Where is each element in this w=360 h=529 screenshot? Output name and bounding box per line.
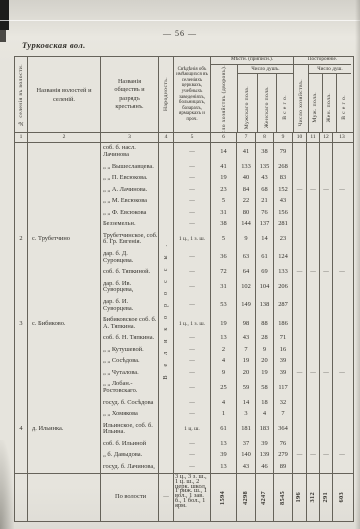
total-local: 124: [274, 248, 293, 266]
male-out: [307, 315, 320, 333]
female-out: [320, 207, 333, 218]
households-local: 72: [211, 267, 237, 278]
households-out: [293, 248, 307, 266]
female-out: —: [320, 267, 333, 278]
total-out: [333, 207, 351, 218]
households-local: 1: [211, 409, 237, 420]
households-local: 9: [211, 368, 237, 379]
households-local: 5: [211, 230, 237, 248]
village-info: —: [174, 143, 211, 161]
households-out: [293, 356, 307, 367]
column-number-6: 6: [211, 133, 237, 142]
households-local: 41: [211, 161, 237, 172]
female-local: 135: [256, 161, 274, 172]
settlement-number: [15, 207, 28, 218]
households-out: [293, 439, 307, 450]
male-out: [307, 278, 320, 296]
households-local: 13: [211, 462, 237, 473]
female-out: [320, 248, 333, 266]
male-local: 64: [237, 267, 256, 278]
households-out: [293, 219, 307, 230]
totals-female-local: 4247: [256, 474, 274, 521]
female-out: [320, 196, 333, 207]
settlement-number: [15, 450, 28, 461]
village-info: —: [174, 409, 211, 420]
female-out: —: [320, 184, 333, 195]
table-row: 2с. ТрубетчиноТрубетчинское, соб. б. Гр.…: [15, 230, 353, 248]
total-out: [333, 397, 351, 408]
society-name: соб. б. Н. Тяпкина.: [101, 333, 159, 344]
society-name: „ „ Сосѣдова.: [101, 356, 159, 367]
female-out: [320, 397, 333, 408]
male-local: 9: [237, 230, 256, 248]
households-local: 4: [211, 397, 237, 408]
male-local: 37: [237, 439, 256, 450]
table-row: соб. б. Ильиной—13373976: [15, 439, 353, 450]
village-name: [28, 297, 101, 315]
female-local: 104: [256, 278, 274, 296]
total-local: 89: [274, 462, 293, 473]
totals-blank-2: [28, 474, 101, 521]
households-out: —: [293, 184, 307, 195]
households-out: [293, 397, 307, 408]
male-out: [307, 379, 320, 397]
male-out: [307, 333, 320, 344]
male-local: 7: [237, 345, 256, 356]
header-total-out: В с е г о.: [337, 74, 351, 132]
male-local: 14: [237, 397, 256, 408]
table-header: № селенія въ волости. Названія волостей …: [15, 57, 353, 133]
totals-rotated-number: 8545: [280, 491, 287, 505]
settlement-number: [15, 333, 28, 344]
total-local: 39: [274, 356, 293, 367]
totals-total-out: 603: [333, 474, 351, 521]
settlement-number: [15, 219, 28, 230]
households-out: [293, 379, 307, 397]
village-info: 1 ц. ш.: [174, 420, 211, 438]
society-name: госуд. б. Лачинова,: [101, 462, 159, 473]
total-local: 76: [274, 439, 293, 450]
nationality-cell: [159, 219, 174, 230]
total-out: [333, 439, 351, 450]
total-local: 268: [274, 161, 293, 172]
village-name: [28, 219, 101, 230]
total-out: —: [333, 368, 351, 379]
society-name: соб. б. Тяпкиной.: [101, 267, 159, 278]
total-local: 206: [274, 278, 293, 296]
table-row: „ „ Хомякова—1347: [15, 409, 353, 420]
total-out: [333, 356, 351, 367]
households-out: [293, 297, 307, 315]
households-out: [293, 143, 307, 161]
female-local: 14: [256, 230, 274, 248]
female-out: [320, 409, 333, 420]
village-info: —: [174, 450, 211, 461]
households-out: [293, 462, 307, 473]
settlement-number: [15, 278, 28, 296]
column-number-1: 1: [15, 133, 28, 142]
male-local: 19: [237, 356, 256, 367]
settlement-number: 2: [15, 230, 28, 248]
totals-rotated-number: 4298: [243, 491, 250, 505]
households-out: [293, 420, 307, 438]
female-local: 9: [256, 345, 274, 356]
households-local: 19: [211, 173, 237, 184]
table-row: „ „ Кутушевой.—27916: [15, 345, 353, 356]
totals-rotated-number: 196: [296, 492, 303, 503]
households-out: [293, 207, 307, 218]
village-info: —: [174, 219, 211, 230]
society-name: „ „ Лобан.-Ростовскаго.: [101, 379, 159, 397]
total-local: 79: [274, 143, 293, 161]
male-out: [307, 230, 320, 248]
village-info: —: [174, 379, 211, 397]
male-local: 3: [237, 409, 256, 420]
total-out: [333, 315, 351, 333]
total-local: 39: [274, 368, 293, 379]
male-local: 140: [237, 450, 256, 461]
male-local: 20: [237, 368, 256, 379]
female-out: [320, 143, 333, 161]
totals-male-out: 312: [307, 474, 320, 521]
female-local: 21: [256, 196, 274, 207]
village-info: —: [174, 368, 211, 379]
header-volost-village-names: Названія волостей и селеній.: [28, 57, 101, 132]
header-households-out: Число хозяйствъ.: [294, 65, 309, 132]
village-info: 1 ц., 1 з. ш.: [174, 315, 211, 333]
table-row: госуд. б. Сосѣдова—4141832: [15, 397, 353, 408]
village-name: [28, 161, 101, 172]
settlement-number: [15, 196, 28, 207]
female-out: [320, 230, 333, 248]
female-local: 138: [256, 297, 274, 315]
column-number-4: 4: [159, 133, 174, 142]
nationality-cell: [159, 450, 174, 461]
total-out: [333, 196, 351, 207]
village-info: —: [174, 397, 211, 408]
male-out: [307, 420, 320, 438]
totals-households-local: 1594: [211, 474, 237, 521]
nationality-cell: [159, 207, 174, 218]
male-local: 59: [237, 379, 256, 397]
female-local: 58: [256, 379, 274, 397]
society-name: Безземельн.: [101, 219, 159, 230]
table-row: „ „ М. Евсюкова—5222143: [15, 196, 353, 207]
female-local: 68: [256, 184, 274, 195]
total-local: 7: [274, 409, 293, 420]
male-out: [307, 219, 320, 230]
nationality-cell: [159, 248, 174, 266]
total-out: [333, 248, 351, 266]
table-body: соб. б. насл. Лачинова—14413879„ „ Вышес…: [15, 143, 353, 473]
settlement-number: 3: [15, 315, 28, 333]
households-local: 23: [211, 184, 237, 195]
female-out: [320, 462, 333, 473]
total-out: —: [333, 267, 351, 278]
total-local: 32: [274, 397, 293, 408]
village-name: [28, 409, 101, 420]
male-local: 63: [237, 248, 256, 266]
village-info: —: [174, 248, 211, 266]
society-name: „ „ Кутушевой.: [101, 345, 159, 356]
households-out: [293, 230, 307, 248]
totals-total-local: 8545: [274, 474, 293, 521]
nationality-cell: [159, 462, 174, 473]
outsiders-group: Постороннiе. Число хозяйствъ. Число душ.…: [294, 57, 351, 132]
total-out: —: [333, 450, 351, 461]
totals-rotated-number: 312: [310, 492, 317, 503]
settlement-number: [15, 173, 28, 184]
households-local: 39: [211, 450, 237, 461]
nationality-cell: [159, 173, 174, 184]
village-info: —: [174, 345, 211, 356]
total-local: 16: [274, 345, 293, 356]
households-local: 13: [211, 439, 237, 450]
male-local: 149: [237, 297, 256, 315]
total-local: 287: [274, 297, 293, 315]
male-local: 43: [237, 333, 256, 344]
female-local: 19: [256, 368, 274, 379]
village-name: [28, 439, 101, 450]
total-local: 133: [274, 267, 293, 278]
village-name: [28, 397, 101, 408]
female-out: —: [320, 368, 333, 379]
male-out: —: [307, 450, 320, 461]
table-row: дар. б. Ив. Суворцева,—31102104206: [15, 278, 353, 296]
male-local: 43: [237, 462, 256, 473]
settlement-number: [15, 368, 28, 379]
table-row: 3с. Бибиково.Бибиковское соб. б. А. Тяпк…: [15, 315, 353, 333]
households-out: —: [293, 450, 307, 461]
households-out: [293, 196, 307, 207]
households-local: 31: [211, 207, 237, 218]
female-local: 39: [256, 439, 274, 450]
total-local: 71: [274, 333, 293, 344]
header-households-local: Число хозяйствъ (дворовъ).: [211, 65, 238, 132]
souls-local-label: Число душъ.: [238, 65, 293, 74]
female-out: [320, 278, 333, 296]
female-out: [320, 439, 333, 450]
female-local: 28: [256, 333, 274, 344]
male-local: 144: [237, 219, 256, 230]
total-out: [333, 345, 351, 356]
local-group: Мѣстн. (приписн.). Число хозяйствъ (двор…: [211, 57, 294, 132]
settlement-number: [15, 409, 28, 420]
column-number-10: 10: [293, 133, 307, 142]
households-local: 2: [211, 345, 237, 356]
male-local: 98: [237, 315, 256, 333]
female-out: —: [320, 450, 333, 461]
households-out: —: [293, 368, 307, 379]
header-male-out: Муж. пола.: [309, 74, 323, 132]
total-out: [333, 230, 351, 248]
table-row: дар. б. И. Суворцева.—53149138287: [15, 297, 353, 315]
female-out: [320, 356, 333, 367]
settlement-number: [15, 143, 28, 161]
male-out: [307, 196, 320, 207]
village-name: [28, 196, 101, 207]
village-name: [28, 143, 101, 161]
society-name: „ „ М. Евсюкова: [101, 196, 159, 207]
page-top-edge: [0, 20, 360, 21]
total-out: —: [333, 184, 351, 195]
nationality-cell: [159, 439, 174, 450]
society-name: „ „ Хомякова: [101, 409, 159, 420]
settlement-number: [15, 267, 28, 278]
households-local: 19: [211, 315, 237, 333]
society-name: „ б. Давыдова.: [101, 450, 159, 461]
society-name: Ильинское, соб. б. Ильина.: [101, 420, 159, 438]
nationality-cell: [159, 420, 174, 438]
totals-label: По волости: [101, 474, 159, 521]
village-name: [28, 278, 101, 296]
male-out: [307, 356, 320, 367]
totals-rotated-number: 4247: [261, 491, 268, 505]
column-number-9: 9: [274, 133, 293, 142]
total-out: [333, 333, 351, 344]
table-row: „ „ Сосѣдова.—4192039: [15, 356, 353, 367]
households-out: [293, 278, 307, 296]
society-name: „ „ Чуталова.: [101, 368, 159, 379]
nationality-cell: [159, 230, 174, 248]
households-out: [293, 409, 307, 420]
total-out: [333, 420, 351, 438]
households-out: [293, 173, 307, 184]
column-number-5: 5: [174, 133, 211, 142]
village-info: —: [174, 297, 211, 315]
table-row: соб. б. Тяпкиной.—726469133————: [15, 267, 353, 278]
total-out: [333, 219, 351, 230]
village-name: [28, 207, 101, 218]
column-number-11: 11: [307, 133, 320, 142]
village-name: [28, 450, 101, 461]
male-local: 40: [237, 173, 256, 184]
nationality-cell: [159, 184, 174, 195]
male-out: [307, 462, 320, 473]
totals-rotated-number: 1594: [220, 491, 227, 505]
village-info: —: [174, 267, 211, 278]
total-local: 364: [274, 420, 293, 438]
male-local: 84: [237, 184, 256, 195]
column-number-3: 3: [101, 133, 159, 142]
male-out: [307, 248, 320, 266]
male-local: 22: [237, 196, 256, 207]
nationality-cell: [159, 196, 174, 207]
households-local: 36: [211, 248, 237, 266]
village-info: —: [174, 207, 211, 218]
table-row: соб. б. Н. Тяпкина.—13432871: [15, 333, 353, 344]
female-local: 69: [256, 267, 274, 278]
table-row: „ „ Лобан.-Ростовскаго.—255958117: [15, 379, 353, 397]
settlement-number: [15, 462, 28, 473]
society-name: дар. б. Д. Суровцева.: [101, 248, 159, 266]
village-name: [28, 333, 101, 344]
total-local: 152: [274, 184, 293, 195]
village-name: [28, 248, 101, 266]
female-out: [320, 333, 333, 344]
male-local: 80: [237, 207, 256, 218]
female-local: 43: [256, 173, 274, 184]
total-out: [333, 173, 351, 184]
volost-title: Турковская вол.: [22, 40, 86, 50]
male-out: —: [307, 184, 320, 195]
male-out: [307, 207, 320, 218]
column-numbers-row: 12345678910111213: [15, 133, 353, 143]
male-local: 181: [237, 420, 256, 438]
village-info: —: [174, 278, 211, 296]
column-number-2: 2: [28, 133, 101, 142]
settlement-number: [15, 184, 28, 195]
society-name: соб. б. насл. Лачинова: [101, 143, 159, 161]
male-local: 102: [237, 278, 256, 296]
settlement-number: [15, 397, 28, 408]
society-name: госуд. б. Сосѣдова: [101, 397, 159, 408]
nationality-cell: [159, 379, 174, 397]
households-local: 38: [211, 219, 237, 230]
village-name: д. Ильинка.: [28, 420, 101, 438]
village-name: [28, 356, 101, 367]
village-name: [28, 462, 101, 473]
table-body-wrap: соб. б. насл. Лачинова—14413879„ „ Вышес…: [15, 143, 353, 473]
households-out: [293, 333, 307, 344]
female-out: [320, 315, 333, 333]
male-out: [307, 143, 320, 161]
table-row: соб. б. насл. Лачинова—14413879: [15, 143, 353, 161]
souls-out-label: Число душ.: [309, 65, 351, 74]
total-out: [333, 462, 351, 473]
nationality-cell: [159, 409, 174, 420]
female-local: 20: [256, 356, 274, 367]
households-out: [293, 345, 307, 356]
table-row: 4д. Ильинка.Ильинское, соб. б. Ильина.1 …: [15, 420, 353, 438]
village-name: [28, 184, 101, 195]
header-societies: Названія обществъ и разрядъ крестьянъ.: [101, 57, 159, 132]
households-local: 5: [211, 196, 237, 207]
households-local: 4: [211, 356, 237, 367]
society-name: Бибиковское соб. б. А. Тяпкина.: [101, 315, 159, 333]
totals-rotated-number: 603: [339, 492, 346, 503]
nationality-cell: [159, 143, 174, 161]
households-local: 61: [211, 420, 237, 438]
nationality-cell: [159, 368, 174, 379]
nationality-cell: [159, 161, 174, 172]
total-local: 43: [274, 196, 293, 207]
male-out: [307, 345, 320, 356]
village-info: —: [174, 173, 211, 184]
total-local: 279: [274, 450, 293, 461]
total-out: [333, 297, 351, 315]
nationality-cell: [159, 267, 174, 278]
nationality-cell: [159, 297, 174, 315]
village-info: —: [174, 161, 211, 172]
totals-households-out: 196: [293, 474, 307, 521]
female-local: 183: [256, 420, 274, 438]
female-local: 88: [256, 315, 274, 333]
female-local: 4: [256, 409, 274, 420]
female-local: 137: [256, 219, 274, 230]
male-out: —: [307, 368, 320, 379]
settlement-number: [15, 161, 28, 172]
village-name: [28, 345, 101, 356]
total-local: 23: [274, 230, 293, 248]
nationality-cell: [159, 356, 174, 367]
scan-right-shadow: [355, 0, 360, 529]
male-out: [307, 173, 320, 184]
male-out: [307, 397, 320, 408]
nationality-cell: [159, 333, 174, 344]
male-local: 133: [237, 161, 256, 172]
female-out: [320, 161, 333, 172]
